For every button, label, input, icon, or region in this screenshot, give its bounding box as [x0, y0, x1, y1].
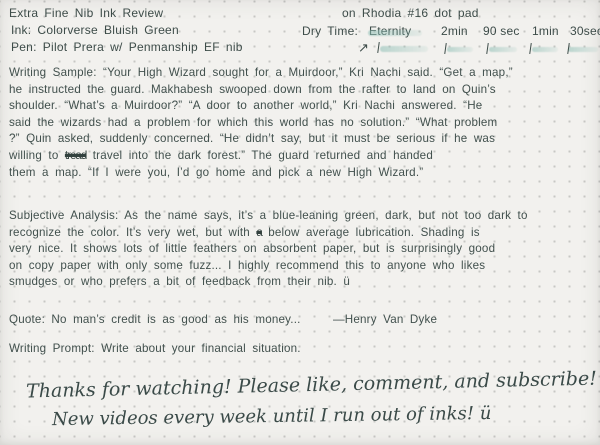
ink-smear — [447, 47, 473, 52]
line-segment: recognize the color. It’s very wet, but … — [9, 226, 256, 239]
dry-time-value-90sec: 90 sec — [483, 24, 520, 38]
line-segment: travel into the dark forest.” The guard … — [86, 149, 433, 162]
writing-sample-paragraph: Writing Sample: “Your High Wizard sought… — [9, 65, 597, 181]
pen-name-line: Pen: Pilot Prera w/ Penmanship EF nib — [9, 39, 243, 56]
handwritten-line: Subjective Analysis: As the name says, i… — [9, 208, 597, 225]
footer-new-videos-line: New videos every week until I run out of… — [52, 403, 492, 430]
line-segment: willing to — [9, 149, 65, 162]
dry-time-label: Dry Time: — [302, 24, 358, 38]
handwritten-line-with-correction: willing to tread travel into the dark fo… — [9, 148, 597, 165]
handwritten-line: them a map. “If I were you, I’d go home … — [9, 165, 597, 182]
line-segment: below average lubrication. Shading is — [262, 226, 480, 239]
handwritten-line: said the wizards had a problem for which… — [9, 115, 597, 132]
ink-smear — [532, 47, 558, 52]
dry-time-value-1min: 1min — [532, 24, 559, 38]
quote-attribution: —Henry Van Dyke — [333, 313, 437, 326]
ink-smear — [380, 46, 428, 52]
quote-text: Quote: No man’s credit is as good as his… — [9, 313, 301, 326]
scribbled-out-word: tread — [65, 149, 86, 162]
handwritten-line: Writing Sample: “Your High Wizard sought… — [9, 65, 597, 82]
dry-time-value-2min: 2min — [441, 24, 468, 38]
handwritten-line: ?” Quin asked, suddenly concerned. “He d… — [9, 131, 597, 148]
writing-prompt-line: Writing Prompt: Write about your financi… — [9, 341, 597, 358]
ink-smear — [568, 47, 598, 52]
ink-smear — [489, 47, 517, 52]
dry-time-value-30sec: 30sec — [570, 24, 600, 38]
handwritten-line: on copy paper with only some fuzz... I h… — [9, 258, 597, 275]
handwritten-line: smudges or who prefers a bit of feedback… — [9, 274, 597, 291]
ink-name-line: Ink: Colorverse Bluish Green — [9, 22, 243, 39]
ink-smear — [368, 30, 422, 36]
footer-thanks-line: Thanks for watching! Please like, commen… — [26, 368, 597, 403]
quote-line: Quote: No man’s credit is as good as his… — [9, 312, 597, 329]
paper-type-line: on Rhodia #16 dot pad — [342, 6, 479, 20]
handwritten-line: he instructed the guard. Makhabesh swoop… — [9, 82, 597, 99]
header-left: Extra Fine Nib Ink Review Ink: Colorvers… — [9, 5, 243, 56]
arrow-up-right-icon: ↗ — [358, 40, 369, 56]
handwritten-line-with-correction: recognize the color. It’s very wet, but … — [9, 225, 597, 242]
notebook-page-photo: Extra Fine Nib Ink Review Ink: Colorvers… — [0, 0, 600, 445]
subjective-analysis-paragraph: Subjective Analysis: As the name says, i… — [9, 208, 597, 291]
handwritten-line: very nice. It shows lots of little feath… — [9, 241, 597, 258]
handwritten-line: shoulder. “What’s a Muirdoor?” “A door t… — [9, 98, 597, 115]
review-title: Extra Fine Nib Ink Review — [9, 5, 243, 22]
